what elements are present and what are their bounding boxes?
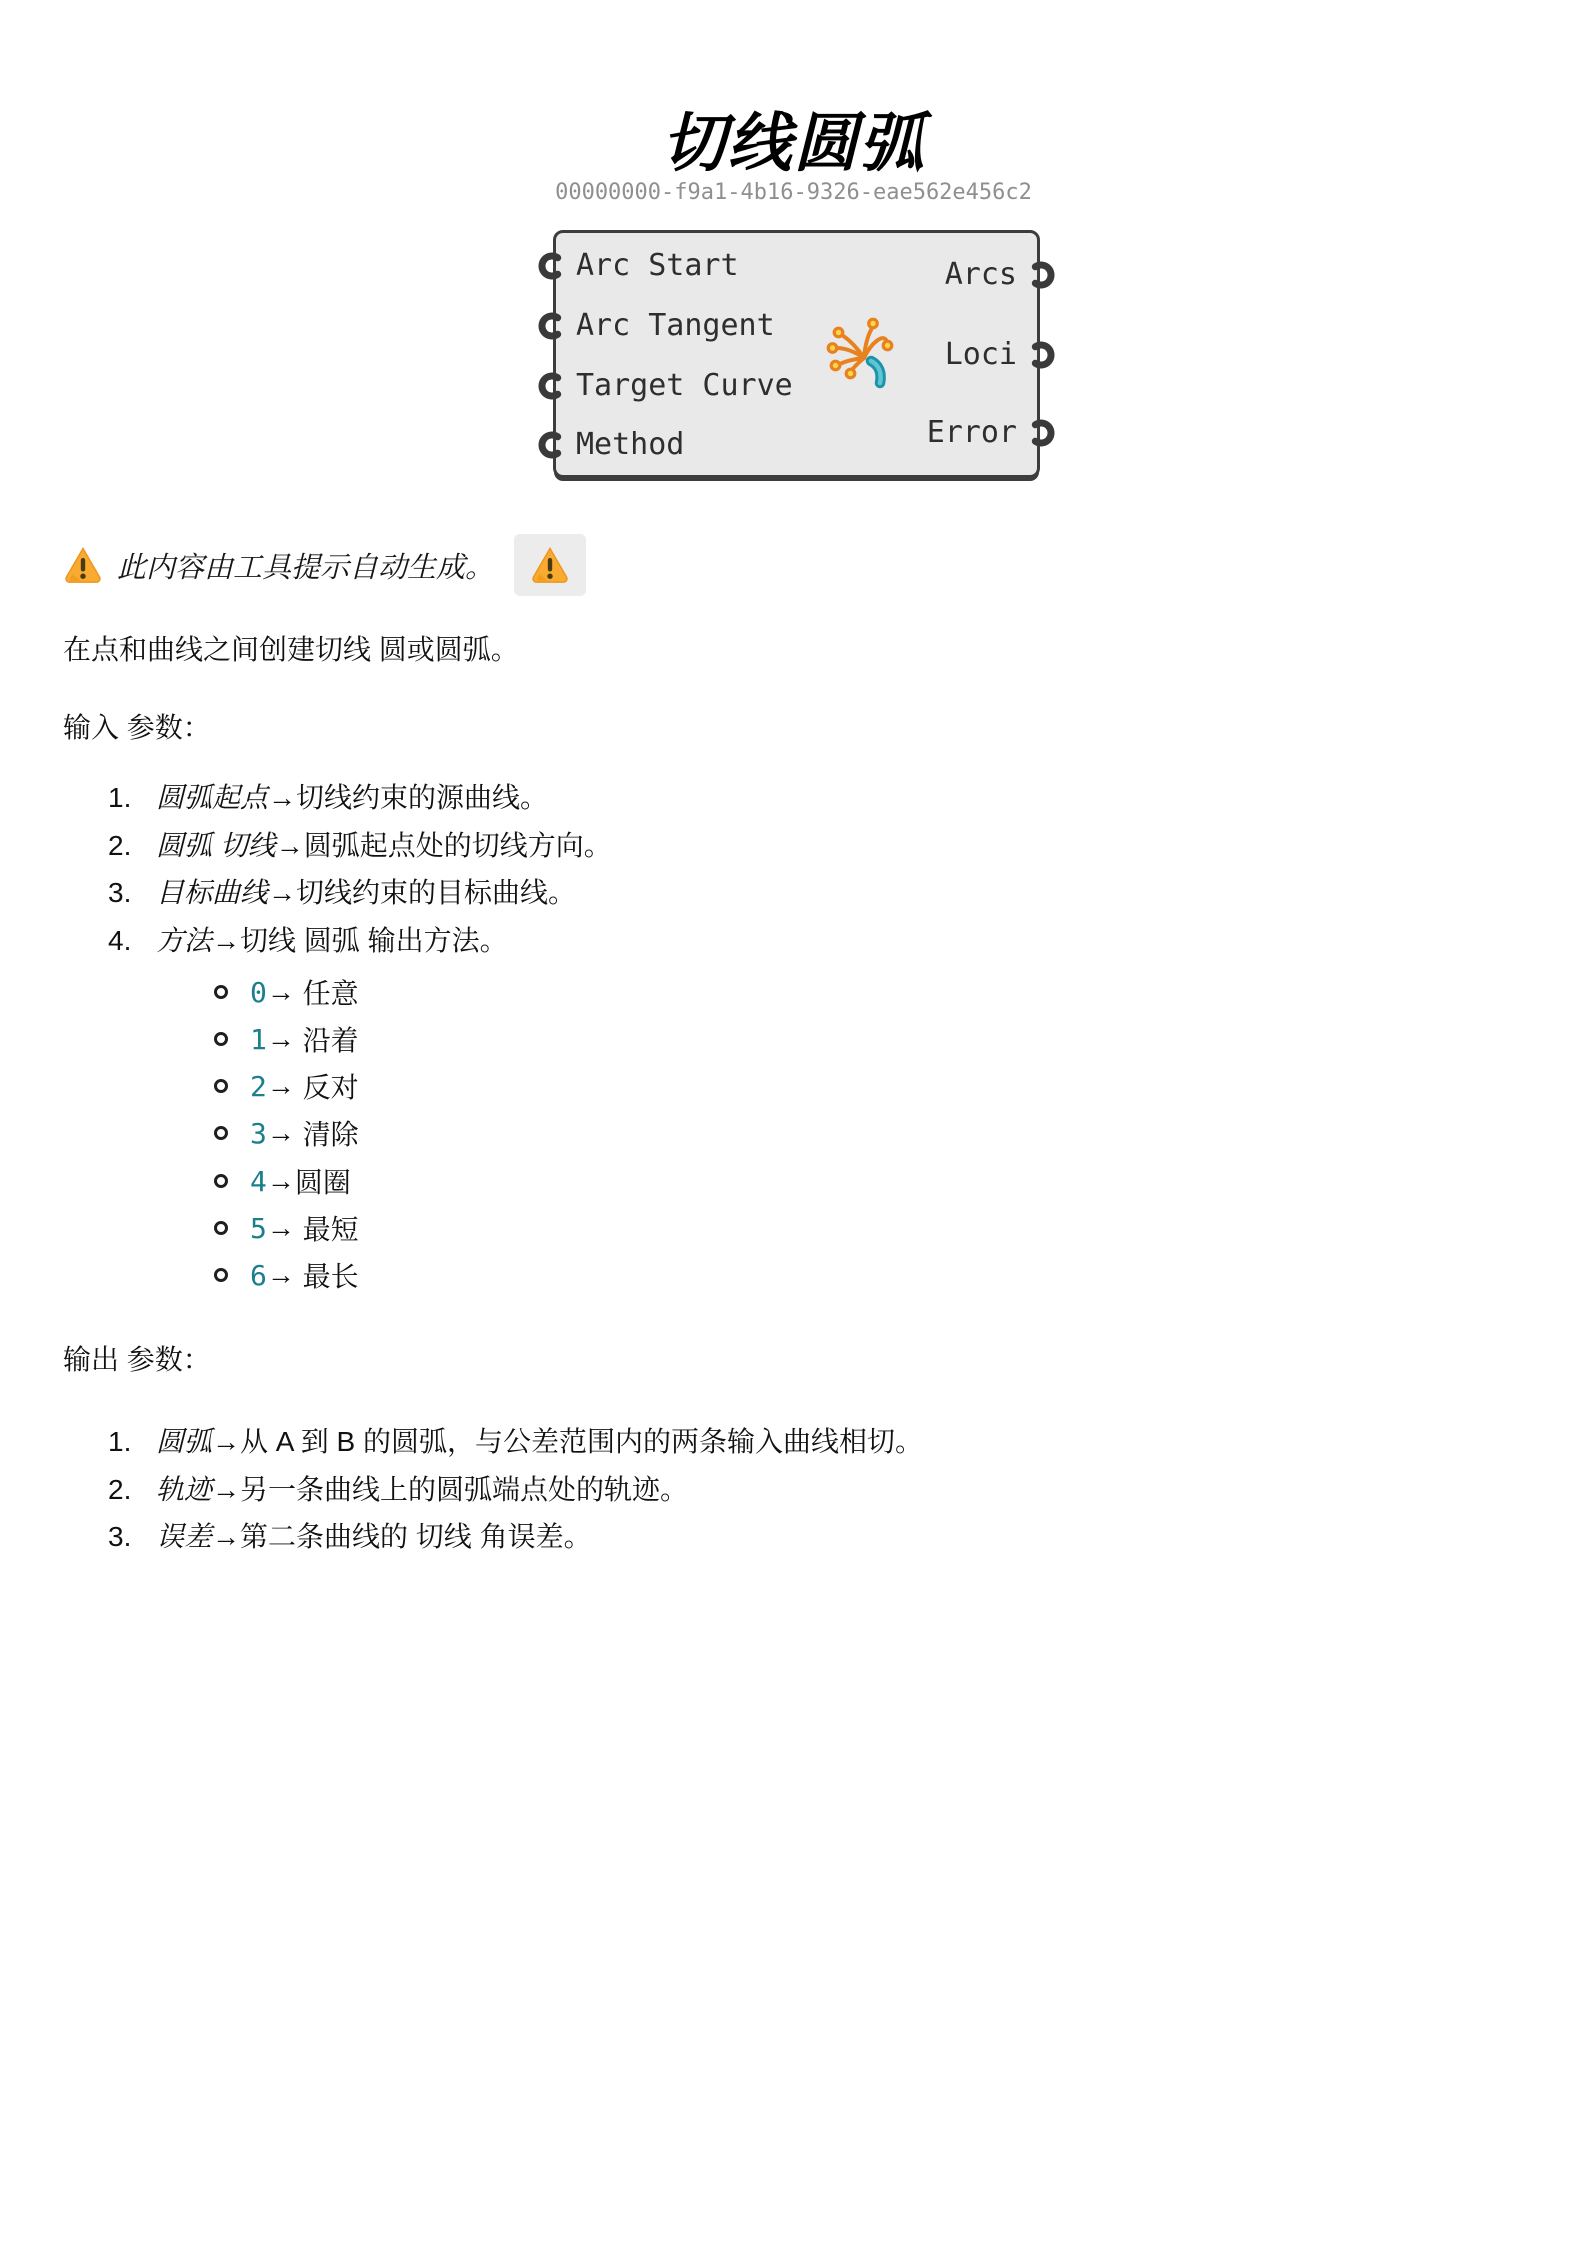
method-option-item: 5 → 最短 xyxy=(214,1208,359,1248)
auto-generated-notice: 此内容由工具提示自动生成。 xyxy=(63,530,1463,600)
arrow-glyph: → xyxy=(212,1521,240,1553)
list-number: 3. xyxy=(108,1521,141,1553)
arrow-glyph: → xyxy=(268,877,296,909)
component-output-label: Arcs xyxy=(945,258,1017,292)
output-connector-icon xyxy=(1027,416,1055,450)
arrow-glyph: → xyxy=(212,1426,240,1458)
param-description: 另一条曲线上的圆弧端点处的轨迹。 xyxy=(240,1468,688,1508)
input-connector-icon xyxy=(538,249,566,283)
arrow-glyph: → xyxy=(267,1165,295,1197)
component-output-label: Loci xyxy=(945,338,1017,372)
output-connector-icon xyxy=(1027,258,1055,292)
method-label: 清除 xyxy=(303,1113,359,1153)
arrow-glyph: → xyxy=(268,782,296,814)
param-description: 圆弧起点处的切线方向。 xyxy=(304,824,612,864)
list-number: 1. xyxy=(108,782,141,814)
circle-bullet-icon xyxy=(214,1221,228,1235)
method-value: 3 xyxy=(250,1117,267,1150)
output-param-item: 3. 误差 → 第二条曲线的 切线 角误差。 xyxy=(108,1515,592,1555)
input-param-item: 4. 方法 → 切线 圆弧 输出方法。 xyxy=(108,919,508,959)
list-number: 3. xyxy=(108,877,141,909)
param-name: 圆弧 xyxy=(156,1420,212,1460)
method-value: 0 xyxy=(250,976,267,1009)
method-option-item: 4 → 圆圈 xyxy=(214,1161,351,1201)
tangent-arc-spray-icon xyxy=(811,301,931,421)
notice-text: 此内容由工具提示自动生成。 xyxy=(117,545,494,586)
method-label: 沿着 xyxy=(303,1019,359,1059)
method-option-item: 3 → 清除 xyxy=(214,1113,359,1153)
list-number: 4. xyxy=(108,925,141,957)
method-label: 任意 xyxy=(303,972,359,1012)
param-name: 方法 xyxy=(156,919,212,959)
component-input-label: Arc Tangent xyxy=(576,309,775,343)
outputs-heading: 输出 参数： xyxy=(63,1338,211,1378)
arrow-glyph: → xyxy=(267,1259,303,1291)
method-label: 最短 xyxy=(303,1208,359,1248)
grasshopper-component-figure: Arc Start Arc Tangent Target Curve Metho… xyxy=(553,230,1040,478)
param-name: 圆弧 切线 xyxy=(156,824,276,864)
component-output-label: Error xyxy=(927,416,1017,450)
method-option-item: 0 → 任意 xyxy=(214,972,359,1012)
circle-bullet-icon xyxy=(214,1268,228,1282)
input-connector-icon xyxy=(538,428,566,462)
method-value: 1 xyxy=(250,1023,267,1056)
arrow-glyph: → xyxy=(267,1023,303,1055)
method-label: 反对 xyxy=(303,1066,359,1106)
component-input-label: Method xyxy=(576,428,684,462)
circle-bullet-icon xyxy=(214,1032,228,1046)
method-option-item: 6 → 最长 xyxy=(214,1255,359,1295)
arrow-glyph: → xyxy=(267,1070,303,1102)
warning-triangle-icon xyxy=(63,545,103,585)
circle-bullet-icon xyxy=(214,1126,228,1140)
component-input-label: Target Curve xyxy=(576,369,793,403)
method-option-item: 2 → 反对 xyxy=(214,1066,359,1106)
page-title: 切线圆弧 xyxy=(0,92,1587,184)
method-value: 5 xyxy=(250,1212,267,1245)
param-description: 切线约束的源曲线。 xyxy=(296,776,548,816)
input-connector-icon xyxy=(538,369,566,403)
input-param-item: 1. 圆弧起点 → 切线约束的源曲线。 xyxy=(108,776,548,816)
method-value: 2 xyxy=(250,1070,267,1103)
arrow-glyph: → xyxy=(212,1474,240,1506)
param-description: 从 A 到 B 的圆弧，与公差范围内的两条输入曲线相切。 xyxy=(240,1420,923,1460)
output-connector-icon xyxy=(1027,338,1055,372)
method-value: 6 xyxy=(250,1259,267,1292)
arrow-glyph: → xyxy=(276,830,304,862)
component-uuid: 00000000-f9a1-4b16-9326-eae562e456c2 xyxy=(0,180,1587,205)
arrow-glyph: → xyxy=(267,1117,303,1149)
param-name: 误差 xyxy=(156,1515,212,1555)
input-connector-icon xyxy=(538,309,566,343)
method-label: 最长 xyxy=(303,1255,359,1295)
arrow-glyph: → xyxy=(267,1212,303,1244)
component-description: 在点和曲线之间创建切线 圆或圆弧。 xyxy=(63,628,519,668)
circle-bullet-icon xyxy=(214,1079,228,1093)
param-description: 切线约束的目标曲线。 xyxy=(296,871,576,911)
output-param-item: 2. 轨迹 → 另一条曲线上的圆弧端点处的轨迹。 xyxy=(108,1468,688,1508)
input-param-item: 3. 目标曲线 → 切线约束的目标曲线。 xyxy=(108,871,576,911)
param-description: 切线 圆弧 输出方法。 xyxy=(240,919,508,959)
arrow-glyph: → xyxy=(267,976,303,1008)
doc-page: 切线圆弧 00000000-f9a1-4b16-9326-eae562e456c… xyxy=(0,0,1587,2244)
param-name: 轨迹 xyxy=(156,1468,212,1508)
list-number: 1. xyxy=(108,1426,141,1458)
method-value: 4 xyxy=(250,1165,267,1198)
circle-bullet-icon xyxy=(214,1174,228,1188)
list-number: 2. xyxy=(108,830,141,862)
input-param-item: 2. 圆弧 切线 → 圆弧起点处的切线方向。 xyxy=(108,824,612,864)
inputs-heading: 输入 参数： xyxy=(63,706,211,746)
arrow-glyph: → xyxy=(212,925,240,957)
param-name: 圆弧起点 xyxy=(156,776,268,816)
method-label: 圆圈 xyxy=(295,1161,351,1201)
list-number: 2. xyxy=(108,1474,141,1506)
output-param-item: 1. 圆弧 → 从 A 到 B 的圆弧，与公差范围内的两条输入曲线相切。 xyxy=(108,1420,923,1460)
param-description: 第二条曲线的 切线 角误差。 xyxy=(240,1515,592,1555)
method-option-item: 1 → 沿着 xyxy=(214,1019,359,1059)
param-name: 目标曲线 xyxy=(156,871,268,911)
warning-triangle-icon xyxy=(514,534,586,596)
component-input-label: Arc Start xyxy=(576,249,739,283)
circle-bullet-icon xyxy=(214,985,228,999)
